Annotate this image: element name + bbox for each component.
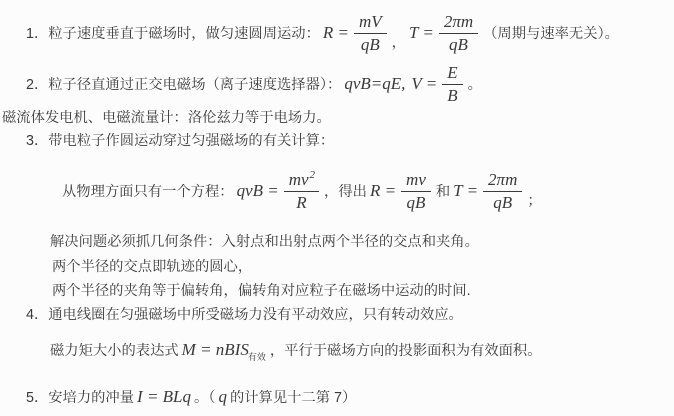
item3-heading-text: 3．带电粒子作圆运动穿过匀强磁场的有关计算： xyxy=(26,130,334,150)
item2-tail: 。 xyxy=(468,74,482,94)
equation-mid-text: ，得出 xyxy=(324,181,367,201)
item3-note3-text: 两个半径的夹角等于偏转角，偏转角对应粒子在磁场中运动的时间. xyxy=(52,280,471,300)
impulse-formula: I = BLq xyxy=(137,387,191,407)
item5-lead-text: 5．安培力的冲量 xyxy=(26,387,134,407)
lorentz-formula-fraction: mv2 R xyxy=(284,170,319,211)
line-item3-equation: 从物理方面只有一个方程： qvB = mv2 R ，得出 R = mv qB 和… xyxy=(62,166,674,216)
torque-formula-body: M = nBIS xyxy=(182,340,249,359)
physics-notes-page: 1．粒子速度垂直于磁场时，做匀速圆周运动： R = mV qB ， T = 2π… xyxy=(0,0,674,416)
fraction-numerator: mv xyxy=(401,170,431,191)
derived-radius-fraction: mv qB xyxy=(401,170,431,211)
fraction-numerator: 2πm xyxy=(439,12,478,33)
line-mhd-note: 磁流体发电机、电磁流量计：洛伦兹力等于电场力。 xyxy=(2,108,674,125)
equation-and-text: 和 xyxy=(436,181,450,201)
radius-formula-fraction: mV qB xyxy=(354,12,387,53)
numerator-exponent: 2 xyxy=(310,169,316,181)
fraction-denominator: qB xyxy=(449,34,468,54)
derived-period-fraction: 2πm qB xyxy=(483,170,522,211)
item5-mid-text: 。（ xyxy=(194,387,215,407)
fraction-numerator: 2πm xyxy=(483,170,522,191)
fraction-denominator: qB xyxy=(361,34,380,54)
item4-text: 4．通电线圈在匀强磁场中所受磁场力没有平动效应，只有转动效应。 xyxy=(26,304,463,324)
line-item3-heading: 3．带电粒子作圆运动穿过匀强磁场的有关计算： xyxy=(26,131,674,148)
torque-formula: M = nBIS有效 xyxy=(182,340,267,360)
equation-lead-text: 从物理方面只有一个方程： xyxy=(62,181,234,201)
charge-symbol: q xyxy=(218,387,227,407)
lorentz-formula-lhs: qvB = xyxy=(237,181,279,201)
item5-tail-text: 的计算见十二第 7） xyxy=(230,387,356,407)
item1-text: 1．粒子速度垂直于磁场时，做匀速圆周运动： xyxy=(26,23,320,43)
fraction-numerator: E xyxy=(442,63,462,84)
torque-tail-text: ，平行于磁场方向的投影面积为有效面积。 xyxy=(270,340,542,360)
period-formula-fraction: 2πm qB xyxy=(439,12,478,53)
derived-radius-lhs: R = xyxy=(370,181,396,201)
radius-formula-lhs: R = xyxy=(323,23,349,43)
equation-tail: ； xyxy=(527,190,541,210)
item2-text: 2．粒子径直通过正交电磁场（离子速度选择器）： xyxy=(26,74,341,94)
line-item3-note1: 解决问题必须抓几何条件：入射点和出射点两个半径的交点和夹角。 xyxy=(50,232,674,250)
formula-separator: ， xyxy=(392,32,406,52)
derived-period-lhs: T = xyxy=(453,181,478,201)
item3-note1-text: 解决问题必须抓几何条件：入射点和出射点两个半径的交点和夹角。 xyxy=(50,231,479,251)
line-item5: 5．安培力的冲量 I = BLq 。（ q 的计算见十二第 7） xyxy=(26,386,674,408)
mhd-note-text: 磁流体发电机、电磁流量计：洛伦兹力等于电场力。 xyxy=(2,107,331,127)
item3-note2-text: 两个半径的交点即轨迹的圆心， xyxy=(52,256,252,276)
fraction-denominator: qB xyxy=(407,192,426,212)
line-item2: 2．粒子径直通过正交电磁场（离子速度选择器）： qvB=qE, V = E B … xyxy=(26,60,674,108)
line-item3-note3: 两个半径的夹角等于偏转角，偏转角对应粒子在磁场中运动的时间. xyxy=(52,281,674,298)
line-item4-torque: 磁力矩大小的表达式 M = nBIS有效 ，平行于磁场方向的投影面积为有效面积。 xyxy=(50,336,674,364)
fraction-numerator: mV xyxy=(354,12,387,33)
fraction-denominator: qB xyxy=(493,192,512,212)
velocity-formula-lhs: V = xyxy=(411,74,437,94)
fraction-numerator: mv2 xyxy=(284,170,319,191)
fraction-denominator: B xyxy=(447,85,457,105)
line-item3-note2: 两个半径的交点即轨迹的圆心， xyxy=(52,257,674,274)
numerator-base: mv xyxy=(289,170,309,189)
line-item1: 1．粒子速度垂直于磁场时，做匀速圆周运动： R = mV qB ， T = 2π… xyxy=(26,12,674,54)
item1-tail: （周期与速率无关）。 xyxy=(483,23,619,43)
fraction-denominator: R xyxy=(296,192,306,212)
torque-lead-text: 磁力矩大小的表达式 xyxy=(50,340,179,360)
velocity-formula-fraction: E B xyxy=(442,63,462,104)
line-item4: 4．通电线圈在匀强磁场中所受磁场力没有平动效应，只有转动效应。 xyxy=(26,305,674,322)
torque-formula-subscript: 有效 xyxy=(248,352,266,362)
balance-formula: qvB=qE, xyxy=(344,74,405,94)
period-formula-lhs: T = xyxy=(409,23,434,43)
